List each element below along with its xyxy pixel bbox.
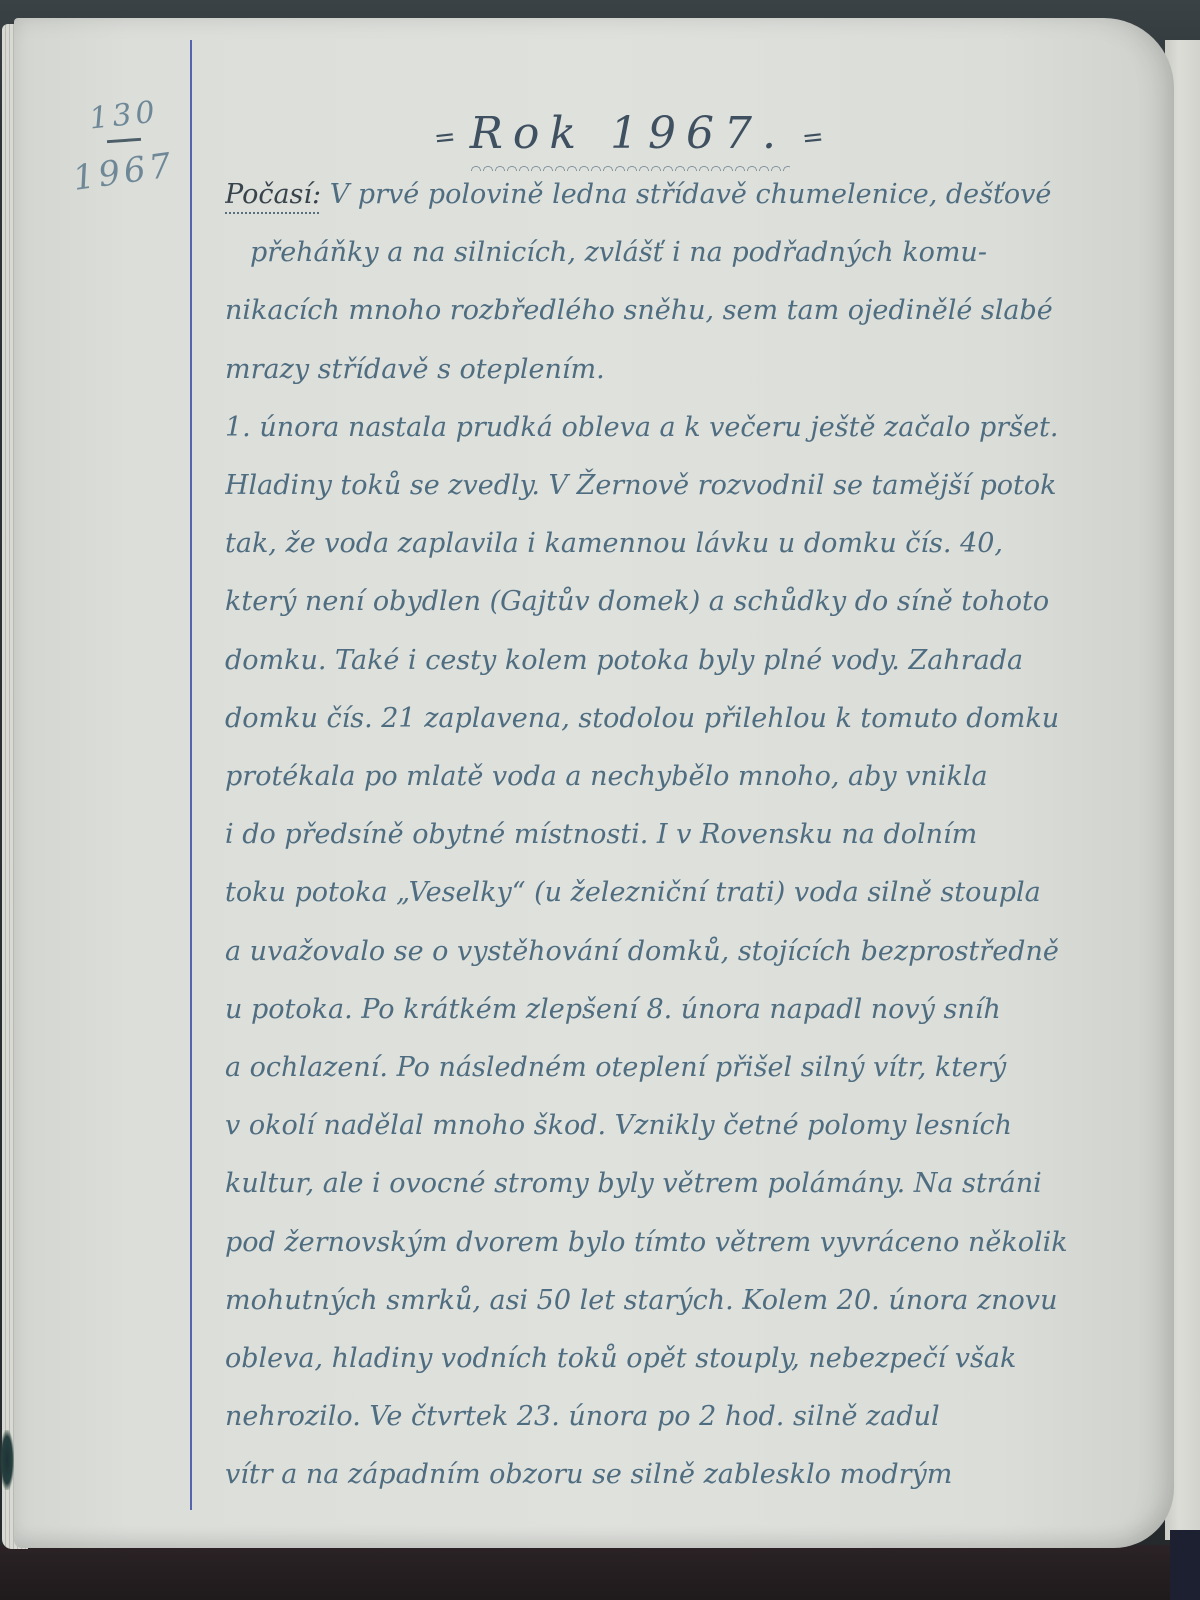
- text-line: v okolí nadělal mnoho škod. Vznikly četn…: [225, 1097, 1105, 1155]
- text-line: i do předsíně obytné místnosti. I v Rove…: [225, 806, 1105, 864]
- text-line: který není obydlen (Gajtův domek) a schů…: [225, 573, 1105, 631]
- section-label-weather: Počasí:: [225, 179, 321, 210]
- text-line: a uvažovalo se o vystěhování domků, stoj…: [225, 923, 1105, 981]
- title-suffix-mark: =: [801, 122, 824, 154]
- text-line: u potoka. Po krátkém zlepšení 8. února n…: [225, 981, 1105, 1039]
- text-line: pod žernovským dvorem bylo tímto větrem …: [225, 1214, 1105, 1272]
- page-number: 130: [62, 92, 185, 139]
- book-binding-corner: [1170, 1530, 1200, 1600]
- text-line: kultur, ale i ovocné stromy byly větrem …: [225, 1155, 1105, 1213]
- margin-year: 1967: [62, 144, 186, 200]
- text-line: Hladiny toků se zvedly. V Žernově rozvod…: [225, 457, 1105, 515]
- text-line: Počasí: V prvé polovině ledna střídavě c…: [225, 166, 1105, 224]
- text-line: mrazy střídavě s oteplením.: [225, 341, 1105, 399]
- page-title: Rok 1967.: [470, 108, 786, 169]
- fraction-rule: [107, 138, 141, 143]
- text-line: nehrozilo. Ve čtvrtek 23. února po 2 hod…: [225, 1388, 1105, 1446]
- photo-scene: 130 1967 = Rok 1967. = Počasí: V prvé po…: [0, 0, 1200, 1600]
- margin-rule: [190, 40, 192, 1510]
- text-line: domku čís. 21 zaplavena, stodolou přileh…: [225, 690, 1105, 748]
- text-line: toku potoka „Veselky“ (u železniční trat…: [225, 864, 1105, 922]
- ink-stain: [0, 1430, 14, 1490]
- handwritten-body: Počasí: V prvé polovině ledna střídavě c…: [225, 166, 1105, 1505]
- text-line: nikacích mnoho rozbředlého sněhu, sem ta…: [225, 282, 1105, 340]
- text-line: tak, že voda zaplavila i kamennou lávku …: [225, 515, 1105, 573]
- text-line: vítr a na západním obzoru se silně zable…: [225, 1446, 1105, 1504]
- text-line: obleva, hladiny vodních toků opět stoupl…: [225, 1330, 1105, 1388]
- text-line: protékala po mlatě voda a nechybělo mnoh…: [225, 748, 1105, 806]
- text-line: domku. Také i cesty kolem potoka byly pl…: [225, 632, 1105, 690]
- text-line: a ochlazení. Po následném oteplení přiše…: [225, 1039, 1105, 1097]
- text-line: mohutných smrků, asi 50 let starých. Kol…: [225, 1272, 1105, 1330]
- title-prefix-mark: =: [432, 122, 455, 154]
- margin-annotation: 130 1967: [64, 98, 184, 192]
- book-cover-bottom: [0, 1545, 1200, 1600]
- text-line: přeháňky a na silnicích, zvlášť i na pod…: [225, 224, 1105, 282]
- text-line: 1. února nastala prudká obleva a k večer…: [225, 399, 1105, 457]
